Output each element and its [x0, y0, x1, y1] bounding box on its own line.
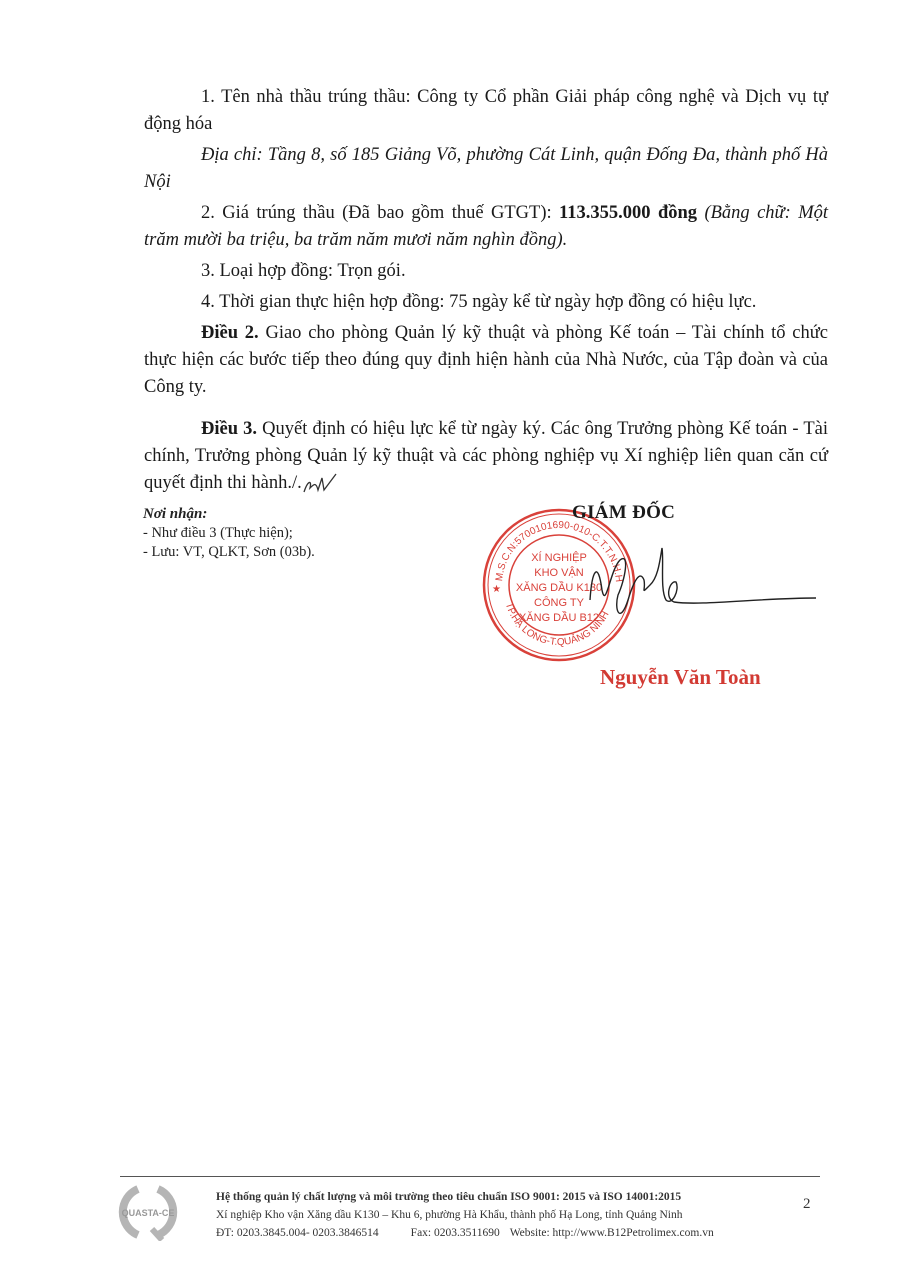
contract-type: 3. Loại hợp đồng: Trọn gói.	[144, 258, 828, 285]
svg-text:XÍ NGHIỆP: XÍ NGHIỆP	[531, 551, 587, 564]
bidder-address: Địa chỉ: Tầng 8, số 185 Giảng Võ, phường…	[144, 142, 828, 196]
page-number: 2	[803, 1196, 811, 1213]
svg-text:CÔNG TY: CÔNG TY	[534, 596, 585, 609]
signatory-name: Nguyễn Văn Toàn	[600, 665, 761, 690]
article-3: Điều 3. Quyết định có hiệu lực kể từ ngà…	[144, 416, 828, 497]
winning-bidder: 1. Tên nhà thầu trúng thầu: Công ty Cổ p…	[144, 84, 828, 138]
recipients-block: Nơi nhận: - Như điều 3 (Thực hiện); - Lư…	[143, 505, 315, 562]
handwritten-signature-icon	[580, 540, 820, 630]
footer-website[interactable]: Website: http://www.B12Petrolimex.com.vn	[510, 1227, 714, 1239]
bidder-address-text: Địa chỉ: Tầng 8, số 185 Giảng Võ, phường…	[144, 145, 828, 192]
signatory-title: GIÁM ĐỐC	[572, 502, 675, 524]
winning-bidder-label: 1. Tên nhà thầu trúng thầu:	[201, 87, 417, 107]
footer-contacts: ĐT: 0203.3845.004- 0203.3846514Fax: 0203…	[216, 1224, 714, 1242]
article-2-heading: Điều 2.	[201, 323, 259, 343]
footer-info: Hệ thống quản lý chất lượng và môi trườn…	[216, 1188, 714, 1242]
recipient-item: - Lưu: VT, QLKT, Sơn (03b).	[143, 543, 315, 562]
winning-price-amount: 113.355.000 đồng	[559, 203, 697, 223]
recipient-item: - Như điều 3 (Thực hiện);	[143, 524, 315, 543]
contract-duration: 4. Thời gian thực hiện hợp đồng: 75 ngày…	[144, 289, 828, 316]
winning-price: 2. Giá trúng thầu (Đã bao gồm thuế GTGT)…	[144, 200, 828, 254]
article-3-heading: Điều 3.	[201, 419, 257, 439]
footer-divider	[120, 1176, 820, 1177]
footer-phone: ĐT: 0203.3845.004- 0203.3846514	[216, 1227, 379, 1239]
quasta-certification-logo-icon: QUASTA-CE	[116, 1183, 180, 1241]
article-2: Điều 2. Giao cho phòng Quản lý kỹ thuật …	[144, 320, 828, 401]
footer-address: Xí nghiệp Kho vận Xăng dầu K130 – Khu 6,…	[216, 1206, 714, 1224]
document-body: 1. Tên nhà thầu trúng thầu: Công ty Cổ p…	[144, 84, 828, 497]
svg-text:★: ★	[492, 584, 501, 595]
initials-mark-icon	[302, 472, 350, 496]
footer-iso-statement: Hệ thống quản lý chất lượng và môi trườn…	[216, 1188, 714, 1206]
recipients-title: Nơi nhận:	[143, 505, 315, 524]
svg-text:QUASTA-CE: QUASTA-CE	[122, 1208, 175, 1218]
svg-text:KHO VẬN: KHO VẬN	[534, 566, 584, 579]
footer-fax: Fax: 0203.3511690	[411, 1227, 500, 1239]
winning-price-label: 2. Giá trúng thầu (Đã bao gồm thuế GTGT)…	[201, 203, 559, 223]
